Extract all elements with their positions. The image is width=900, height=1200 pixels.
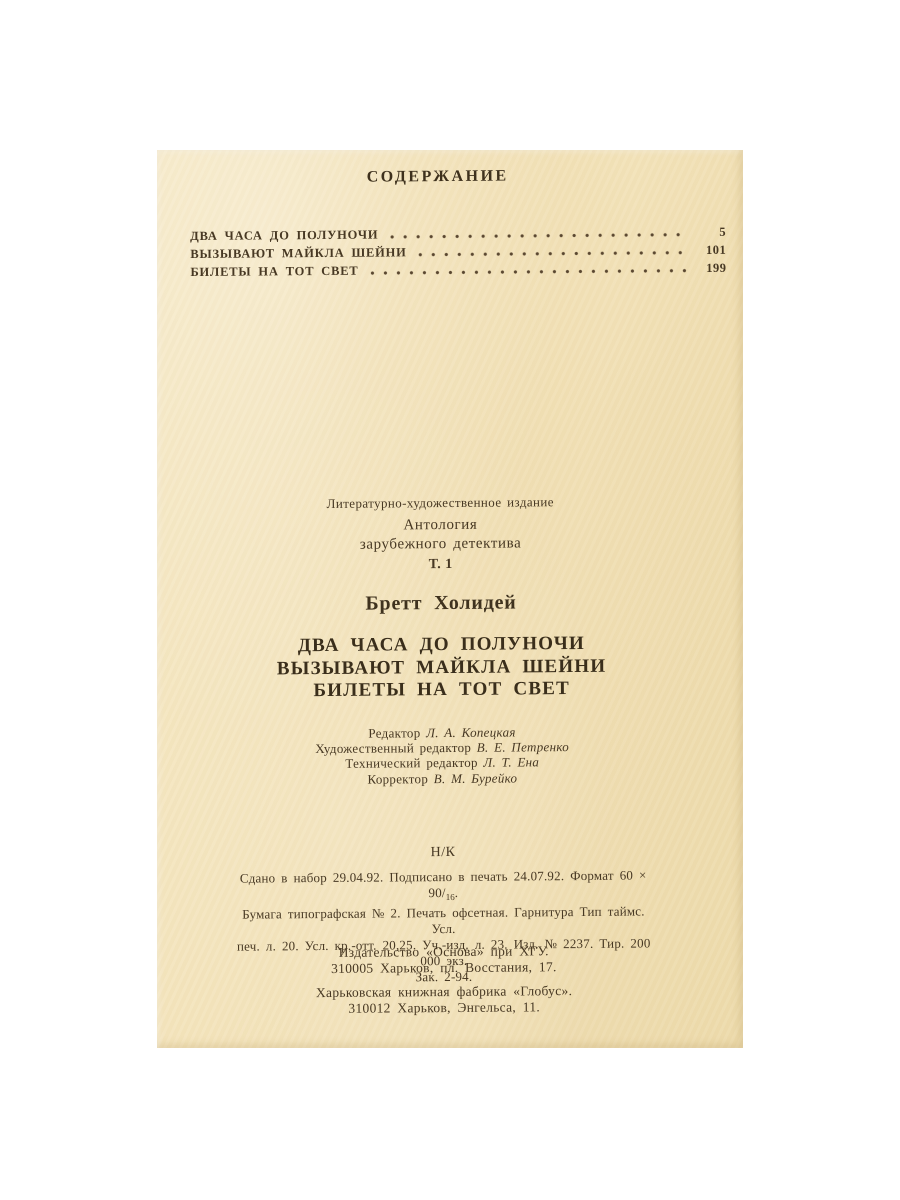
- imprint-line: Бумага типографская № 2. Печать офсетная…: [231, 903, 655, 938]
- toc-list: ДВА ЧАСА ДО ПОЛУНОЧИ 5 ВЫЗЫВАЮТ МАЙКЛА Ш…: [190, 223, 726, 281]
- imprint-line-1-end: .: [455, 885, 459, 900]
- staff-role: Технический редактор: [345, 755, 478, 771]
- printed-content: СОДЕРЖАНИЕ ДВА ЧАСА ДО ПОЛУНОЧИ 5 ВЫЗЫВА…: [153, 148, 746, 1051]
- author-name: Бретт Холидей: [161, 590, 721, 617]
- printer-address: 310012 Харьков, Энгельса, 11.: [164, 997, 724, 1017]
- imprint-line-1: Сдано в набор 29.04.92. Подписано в печа…: [240, 867, 647, 900]
- toc-entry-title: ВЫЗЫВАЮТ МАЙКЛА ШЕЙНИ: [190, 243, 407, 263]
- staff-role: Корректор: [367, 771, 428, 786]
- staff-name: Л. Т. Ена: [483, 755, 539, 770]
- series-line-2: зарубежного детектива: [161, 533, 721, 556]
- toc-entry-page-number: 101: [696, 241, 726, 259]
- staff-line: Корректор В. М. Бурейко: [162, 768, 722, 788]
- toc-entry: БИЛЕТЫ НА ТОТ СВЕТ 199: [190, 259, 726, 281]
- printer-block: Харьковская книжная фабрика «Глобус». 31…: [164, 982, 724, 1017]
- staff-name: Л. А. Копецкая: [426, 724, 516, 740]
- toc-entry-page-number: 199: [696, 259, 726, 277]
- staff-name: В. М. Бурейко: [434, 770, 518, 786]
- control-mark: Н/К: [163, 843, 723, 863]
- staff-block: Редактор Л. А. Копецкая Художественный р…: [162, 723, 722, 788]
- toc-entry-title: БИЛЕТЫ НА ТОТ СВЕТ: [190, 262, 358, 281]
- staff-role: Художественный редактор: [315, 740, 471, 756]
- scanned-book-page: СОДЕРЖАНИЕ ДВА ЧАСА ДО ПОЛУНОЧИ 5 ВЫЗЫВА…: [157, 150, 743, 1048]
- dot-leader: [419, 250, 687, 257]
- scan-background: СОДЕРЖАНИЕ ДВА ЧАСА ДО ПОЛУНОЧИ 5 ВЫЗЫВА…: [0, 0, 900, 1200]
- dot-leader: [370, 268, 686, 275]
- toc-entry-page-number: 5: [696, 223, 726, 241]
- book-titles: ДВА ЧАСА ДО ПОЛУНОЧИ ВЫЗЫВАЮТ МАЙКЛА ШЕЙ…: [161, 632, 722, 704]
- imprint-line: Сдано в набор 29.04.92. Подписано в печа…: [231, 867, 655, 906]
- dot-leader: [390, 232, 686, 239]
- staff-name: В. Е. Петренко: [477, 739, 569, 755]
- toc-entry-title: ДВА ЧАСА ДО ПОЛУНОЧИ: [190, 226, 378, 245]
- toc-title: СОДЕРЖАНИЕ: [158, 166, 718, 188]
- book-title: БИЛЕТЫ НА ТОТ СВЕТ: [162, 677, 722, 704]
- edition-type-line: Литературно-художественное издание: [160, 493, 720, 513]
- publisher-block: Издательство «Основа» при ХГУ. 310005 Ха…: [164, 942, 724, 977]
- series-title: Антология зарубежного детектива: [160, 514, 720, 556]
- staff-role: Редактор: [368, 725, 420, 740]
- volume-label: Т. 1: [161, 555, 721, 575]
